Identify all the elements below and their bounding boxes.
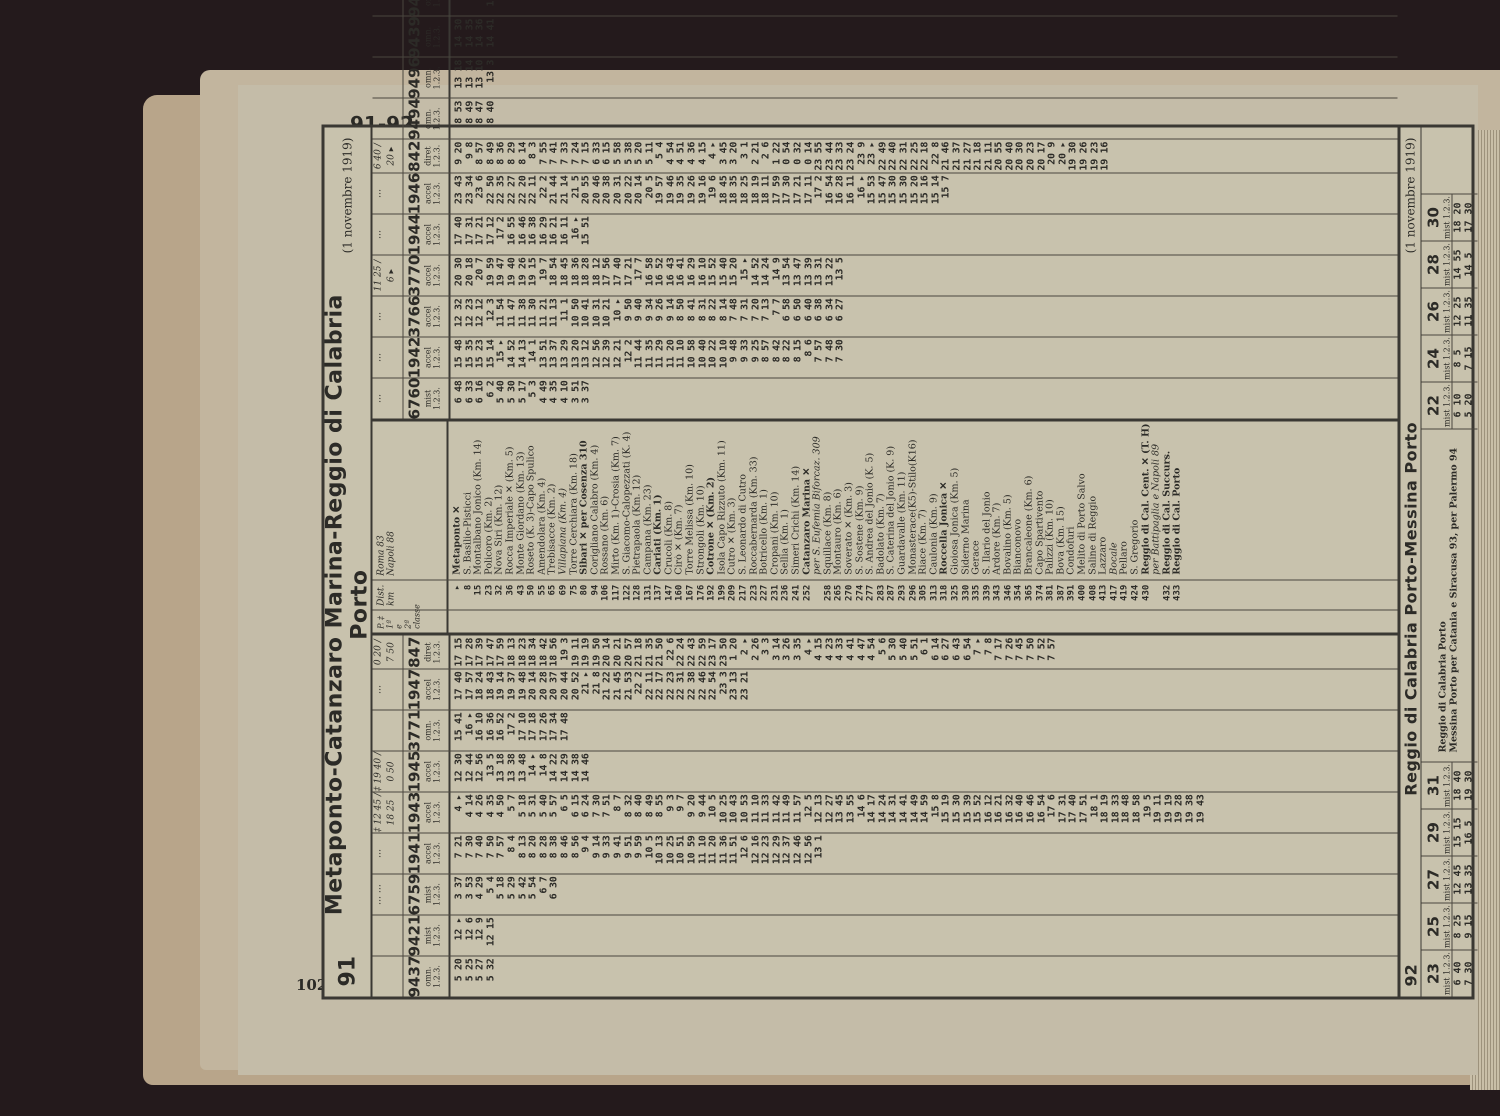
time-cell: 18 ▸	[455, 0, 466, 14]
station-name: Metaponto ✕	[453, 424, 464, 578]
distance-cell: 277	[866, 583, 877, 608]
time-cell: 6 27	[836, 299, 847, 335]
station-name: S. Andrea del Jonio (K. 5)	[866, 424, 877, 578]
time-cell: 14 46	[582, 754, 593, 790]
distance-cell: 430	[1141, 583, 1152, 608]
time-cell: 12 32	[455, 299, 466, 335]
train-times: 14 3014 3514 3614 41	[451, 17, 1398, 57]
timetable-grid: 9437omn.1.2.3.5 205 255 275 329421mist1.…	[373, 128, 1398, 997]
train-type: mist	[424, 390, 433, 407]
train-column: …1941accel1.2.3.7 217 307 407 507 578 48…	[373, 833, 1398, 874]
time-cell: 13 18	[455, 60, 466, 96]
train-header: 9441omn.1.2.3.	[373, 0, 451, 16]
distance-cell	[813, 583, 824, 608]
train-number: 847	[406, 637, 424, 668]
class-note: P. ‡ 1ª e 2ª classe	[373, 611, 449, 633]
train-classes: 1.2.3.	[433, 965, 442, 988]
train-header: …1947accel1.2.3.	[373, 670, 451, 710]
train-times: 15 4815 3515 2315 1415 ▸14 5214 1314 113…	[451, 338, 1398, 378]
train-note	[373, 711, 404, 751]
time-cell: 6 48	[455, 381, 466, 417]
departure-time: 6 40	[1452, 951, 1464, 997]
train-number: 30	[1425, 207, 1443, 228]
train-type: omn.	[424, 720, 433, 740]
time-cell: 17 2	[507, 713, 518, 749]
distance-column: Dist. km▸8152332364350556569758094106117…	[373, 580, 1398, 610]
time-cell: 20 44	[560, 672, 571, 708]
time-cell: 11 47	[507, 299, 518, 335]
train-column: 27mist 1.2.3.12 4513 35	[1422, 856, 1478, 903]
station-name: Cotrone ✕ (Km. 2)	[707, 424, 718, 578]
station-name: Siderno Marina	[961, 424, 972, 578]
distance-cell: 305	[919, 583, 930, 608]
distance-cell: 424	[1131, 583, 1142, 608]
distance-cell: 23	[484, 583, 495, 608]
train-classes: 1.2.3.	[433, 145, 442, 168]
train-type: diret	[424, 642, 433, 661]
time-cell: 7 21	[455, 836, 466, 872]
distance-cell: 287	[887, 583, 898, 608]
train-column: …6760mist1.2.3.6 486 336 166 25 405 305 …	[373, 378, 1398, 419]
train-column: 9441omn.1.2.3.18 ▸18 518 818 13	[373, 0, 1398, 16]
distance-values: ▸815233236435055656975809410611712212813…	[449, 581, 1398, 610]
train-header: …1944accel1.2.3.	[373, 215, 451, 255]
train-number: 9421	[406, 915, 424, 957]
train-note: …	[373, 215, 404, 255]
arrival-time: 5 20	[1464, 383, 1475, 429]
time-cell: 13 38	[507, 754, 518, 790]
train-number: 1942	[406, 337, 424, 379]
train-number: 9439	[406, 16, 424, 58]
train-note	[373, 99, 404, 139]
time-cell: 15 30	[899, 176, 910, 212]
train-column: 24mist 1.2.3.8 57 15	[1422, 335, 1478, 382]
time-cell: 4 ▸	[455, 795, 466, 831]
train-header: 0 20 / 7 50847diret1.2.3.	[373, 636, 451, 669]
train-type: mist 1.2.3.	[1443, 196, 1452, 239]
train-note	[373, 17, 404, 57]
station-name: Ardore (Km. 7)	[993, 424, 1004, 578]
train-header: 9494omn.1.2.3.	[373, 99, 451, 139]
station-name: Campana (Km. 23)	[643, 424, 654, 578]
train-times: 3 373 534 295 45 185 295 425 546 76 30	[451, 875, 1398, 915]
distance-cell: 122	[622, 583, 633, 608]
distance-cell: 293	[897, 583, 908, 608]
train-column: … …6759mist1.2.3.3 373 534 295 45 185 29…	[373, 874, 1398, 915]
train-type: mist 1.2.3.	[1443, 243, 1452, 286]
station-name: Montalbano Jonico (Km. 14)	[474, 424, 485, 578]
train-times: 12 3012 4412 5613 513 1813 3813 4814 ▸14…	[451, 752, 1398, 792]
station-name: Roccella Jonica ✕	[940, 424, 951, 578]
distance-cell: 413	[1099, 583, 1110, 608]
distance-cell: 270	[844, 583, 855, 608]
distance-cell: 227	[760, 583, 771, 608]
time-cell: 17 40	[455, 217, 466, 253]
time-cell: 12 30	[455, 754, 466, 790]
time-cell: 20 31	[613, 176, 624, 212]
station-name: Simeri Crichi (Km. 14)	[792, 424, 803, 578]
station-name: Melito di Porto Salvo	[1078, 424, 1089, 578]
distance-cell: 400	[1078, 583, 1089, 608]
time-cell: 15 30	[952, 795, 963, 831]
train-type: accel	[424, 347, 433, 368]
time-cell: 18 5	[465, 0, 476, 14]
direction-column: P. ‡ 1ª e 2ª classe	[373, 610, 1398, 633]
station-name: Monasterace(K5)-Stilo(K16)	[908, 424, 919, 578]
distance-cell: 236	[781, 583, 792, 608]
train-classes: 1.2.3.	[433, 719, 442, 742]
time-cell: 21 37	[952, 142, 963, 171]
train-classes: 1.2.3.	[433, 387, 442, 410]
train-note: ‡ 19 40 / 0 50	[373, 752, 404, 792]
train-note	[373, 0, 404, 16]
train-number: 9494	[406, 98, 424, 140]
train-note: 11 25 / 6 ▸	[373, 256, 404, 296]
train-times: 12 ▸12 612 912 15	[451, 916, 1398, 956]
table-92-row: 23mist 1.2.3.6 407 3025mist 1.2.3.8 259 …	[1422, 128, 1478, 997]
train-header: …6760mist1.2.3.	[373, 379, 451, 419]
distance-cell: 330	[961, 583, 972, 608]
station-name: Caulonia (Km. 9)	[929, 424, 940, 578]
time-cell: 8 46	[560, 836, 571, 872]
time-cell: 8 4	[507, 836, 518, 872]
distance-cell	[1152, 583, 1163, 608]
time-cell: 16 11	[560, 217, 571, 253]
distance-cell: 325	[950, 583, 961, 608]
distance-cell: 252	[802, 583, 813, 608]
train-number: 3771	[406, 710, 424, 752]
time-cell: 19 37	[507, 672, 518, 708]
distance-cell: 128	[633, 583, 644, 608]
train-type: omn.	[424, 68, 433, 88]
station-name: Trebisacce (Km. 2)	[548, 424, 559, 578]
station-name: Squillace (Km. 8)	[823, 424, 834, 578]
arrival-time: 11 35	[1464, 289, 1475, 335]
arrival-time: 7 15	[1464, 336, 1475, 382]
distance-cell: 199	[717, 583, 728, 608]
station-name: Roccabernarda (Km. 33)	[749, 424, 760, 578]
departure-time: 18 20	[1452, 195, 1464, 241]
train-column: 9494omn.1.2.3.8 538 498 478 40	[373, 98, 1398, 139]
time-cell: 18 45	[560, 258, 571, 294]
station-name: per S. Eufemia Biforcaz. 309	[813, 424, 824, 578]
time-cell: 22 31	[899, 142, 910, 171]
station-name: Reggio di Cal. Cent. ✕ (T. H)	[1141, 424, 1152, 578]
distance-cell: 209	[728, 583, 739, 608]
train-times: 18 ▸18 518 818 13	[451, 0, 1398, 16]
train-classes: 1.2.3.	[433, 66, 442, 89]
train-column: ‡ 12 45 / 18 251943accel1.2.3.4 ▸4 144 2…	[373, 792, 1398, 833]
station-name: Isola Capo Rizzuto (Km. 11)	[717, 424, 728, 578]
table-92-stations: Reggio di Calabria PortoMessina Porto pe…	[1422, 429, 1478, 762]
train-column: 11 25 / 6 ▸3770accel1.2.3.20 3020 1820 7…	[373, 255, 1398, 296]
train-column: …1946accel1.2.3.23 4323 3423 622 5022 35…	[373, 173, 1398, 214]
train-number: 26	[1425, 301, 1443, 322]
train-type: accel	[424, 843, 433, 864]
train-header: 9439omn.1.2.3.	[373, 17, 451, 57]
train-header: 9496omn.1.2.3.	[373, 58, 451, 98]
distance-cell: 339	[982, 583, 993, 608]
station-name: Cirò ✕ (Km. 7)	[675, 424, 686, 578]
train-times: 17 4017 3117 2117 1217 216 5516 4616 381…	[451, 215, 1398, 255]
station-name: Monte Giordano (Km. 13)	[516, 424, 527, 578]
station-name: Pietrapaola (Km. 12)	[633, 424, 644, 578]
train-column: 22mist 1.2.3.6 105 20	[1422, 382, 1478, 429]
time-cell: 0 32	[794, 142, 805, 171]
train-type: mist	[424, 927, 433, 944]
time-cell: 14 41	[899, 795, 910, 831]
train-type: mist 1.2.3.	[1443, 858, 1452, 901]
train-column: 23mist 1.2.3.6 407 30	[1422, 950, 1478, 997]
arrival-time: 7 30	[1464, 951, 1475, 997]
station-name: Reggio di Cal. Porto	[1173, 424, 1184, 578]
station-name: Bovalino (Km. 5)	[1003, 424, 1014, 578]
time-cell: 7 57	[1048, 638, 1059, 667]
train-number: 9437	[406, 956, 424, 998]
time-cell: 19 40	[507, 258, 518, 294]
distance-cell: 419	[1120, 583, 1131, 608]
train-note: …	[373, 834, 404, 874]
train-header: ‡ 12 45 / 18 251943accel1.2.3.	[373, 793, 451, 833]
arrival-time: 9 15	[1464, 904, 1475, 950]
distance-cell: 106	[601, 583, 612, 608]
train-times: 9 209 88 578 498 368 298 148 37 557 417 …	[451, 140, 1398, 173]
train-header: 11 25 / 6 ▸3770accel1.2.3.	[373, 256, 451, 296]
time-cell: 10 ▸	[613, 299, 624, 335]
train-note: 6 40 / 20 ▸	[373, 140, 404, 173]
train-header: …3766accel1.2.3.	[373, 297, 451, 337]
train-column: 9437omn.1.2.3.5 205 255 275 32	[373, 956, 1398, 997]
time-cell: 19 43	[1196, 795, 1207, 831]
time-cell: 9 41	[613, 836, 624, 872]
station-name: Montauro (Km. 6)	[834, 424, 845, 578]
station-name: S. Giacomo-Calopezzati (K. 4)	[622, 424, 633, 578]
train-number: 24	[1425, 348, 1443, 369]
distance-cell: 335	[972, 583, 983, 608]
departure-time: 6 10	[1452, 383, 1464, 429]
train-times: 23 4323 3423 622 5022 3522 2722 2022 112…	[451, 174, 1398, 214]
train-number: 1947	[406, 669, 424, 711]
distance-cell: 80	[580, 583, 591, 608]
train-note: …	[373, 338, 404, 378]
time-cell: 3 35	[794, 638, 805, 667]
station-name: Cutro ✕ (Km. 3)	[728, 424, 739, 578]
train-classes: 1.2.3.	[433, 924, 442, 947]
train-number: 6760	[406, 378, 424, 420]
time-cell: 9 20	[455, 142, 466, 171]
train-number: 28	[1425, 254, 1443, 275]
train-type: omn.	[424, 27, 433, 47]
time-cell: 5 30	[507, 381, 518, 417]
train-note	[373, 916, 404, 956]
train-number: 9496	[406, 57, 424, 99]
distance-cell: 274	[855, 583, 866, 608]
table-title: Metaponto-Catanzaro Marina-Reggio di Cal…	[323, 269, 373, 939]
time-cell: 17 40	[613, 258, 624, 294]
distance-cell: 391	[1067, 583, 1078, 608]
distance-cell: 43	[516, 583, 527, 608]
train-times: 17 1517 2817 3917 4717 5918 1318 2318 34…	[451, 636, 1398, 669]
train-type: accel	[424, 679, 433, 700]
time-cell: 5 7	[507, 795, 518, 831]
distance-cell: 346	[1003, 583, 1014, 608]
station-name: Policoro (Km. 2)	[484, 424, 495, 578]
train-column: …1947accel1.2.3.17 4017 5718 2418 4319 1…	[373, 669, 1398, 710]
distance-cell: 167	[686, 583, 697, 608]
distance-cell: 147	[664, 583, 675, 608]
station-name: Gerace	[972, 424, 983, 578]
distance-cell: 408	[1088, 583, 1099, 608]
train-number: 842	[406, 141, 424, 172]
station-name: Reggio di Calabria Porto	[1439, 621, 1450, 755]
train-header: …1946accel1.2.3.	[373, 174, 451, 214]
station-name: Reggio di Cal. Succurs.	[1162, 424, 1173, 578]
distance-cell: 69	[558, 583, 569, 608]
time-cell: 5 29	[507, 877, 518, 913]
station-name: Corigliano Calabro (Km. 4)	[590, 424, 601, 578]
train-number: 9441	[406, 0, 424, 17]
train-type: accel	[424, 761, 433, 782]
train-number: 3766	[406, 296, 424, 338]
time-cell: 19 16	[1101, 142, 1112, 171]
train-type: mist 1.2.3.	[1443, 811, 1452, 854]
time-cell: 5 58	[613, 142, 624, 171]
table-number: 92	[1401, 964, 1420, 986]
station-name: Nova Siri (Km. 12)	[495, 424, 506, 578]
train-column: 28mist 1.2.3.14 5514 5	[1422, 241, 1478, 288]
train-times: 17 4017 5718 2418 4319 1419 3719 4820 14…	[451, 670, 1398, 710]
connections-note: Roma 83Napoli 88	[373, 422, 449, 580]
time-cell: 17 15	[455, 638, 466, 667]
time-cell: 5 20	[455, 959, 466, 995]
time-cell: 15 7	[942, 176, 953, 212]
train-header: 6 40 / 20 ▸842diret1.2.3.	[373, 140, 451, 173]
time-cell: 22 27	[507, 176, 518, 212]
time-cell: 20 21	[613, 638, 624, 667]
train-classes: 1.2.3.	[433, 346, 442, 369]
train-type: omn.	[424, 109, 433, 129]
time-cell: 13 55	[846, 795, 857, 831]
train-note	[373, 58, 404, 98]
train-header: … …6759mist1.2.3.	[373, 875, 451, 915]
arrival-time: 16 5	[1464, 810, 1475, 856]
time-cell: 20 30	[455, 258, 466, 294]
time-cell: 6 43	[952, 638, 963, 667]
time-cell: 18 13	[486, 0, 497, 14]
train-column: ‡ 19 40 / 0 501945accel1.2.3.12 3012 441…	[373, 751, 1398, 792]
distance-cell: 223	[749, 583, 760, 608]
train-column: …1944accel1.2.3.17 4017 3117 2117 1217 2…	[373, 214, 1398, 255]
station-name: Amendolara (Km. 4)	[537, 424, 548, 578]
train-note: …	[373, 297, 404, 337]
distance-cell: 15	[474, 583, 485, 608]
train-number: 23	[1425, 963, 1443, 984]
table-92-title-bar: 92 Reggio di Calabria Porto-Messina Port…	[1401, 128, 1422, 997]
train-times: 5 205 255 275 32	[451, 957, 1398, 997]
train-number: 1941	[406, 833, 424, 875]
distance-cell: 381	[1046, 583, 1057, 608]
train-classes: 1.2.3.	[433, 25, 442, 48]
station-name: S. Leonardo di Cutro	[739, 424, 750, 578]
station-name: S. Ilario del Jonio	[982, 424, 993, 578]
train-column: 29mist 1.2.3.15 1516 5	[1422, 809, 1478, 856]
time-cell: 6 5	[560, 795, 571, 831]
time-cell: 15 51	[582, 217, 593, 253]
time-cell: 17 21	[794, 176, 805, 212]
distance-cell: ▸	[453, 583, 464, 608]
train-classes: 1.2.3.	[433, 223, 442, 246]
time-cell: 12 46	[794, 836, 805, 872]
table-91-title-bar: 91 Metaponto-Catanzaro Marina-Reggio di …	[325, 128, 373, 997]
station-name: Rocca Imperiale ✕ (Km. 5)	[505, 424, 516, 578]
time-cell: 13 1	[815, 836, 826, 872]
distance-cell: 32	[495, 583, 506, 608]
time-cell: 6 30	[550, 877, 561, 913]
time-cell: 15 48	[455, 340, 466, 376]
time-cell: 21 45	[613, 672, 624, 708]
station-name: Villapiana (Km. 4)	[558, 424, 569, 578]
train-number: 1944	[406, 214, 424, 256]
train-header: 9421mist1.2.3.	[373, 916, 451, 956]
time-cell: 19 3	[560, 638, 571, 667]
train-column: 26mist 1.2.3.12 2511 35	[1422, 288, 1478, 335]
time-cell: 8 40	[486, 101, 497, 137]
time-cell: 18 58	[1133, 795, 1144, 831]
distance-cell: 417	[1109, 583, 1120, 608]
distance-cell: 343	[993, 583, 1004, 608]
train-number: 1943	[406, 792, 424, 834]
distance-cell: 258	[823, 583, 834, 608]
train-number: 6759	[406, 874, 424, 916]
distance-cell: 318	[940, 583, 951, 608]
time-cell: 8 29	[507, 142, 518, 171]
time-cell: 21 14	[560, 176, 571, 212]
train-header: …1942accel1.2.3.	[373, 338, 451, 378]
station-name: Rossano (Km. 6)	[601, 424, 612, 578]
station-name: Bocale	[1109, 424, 1120, 578]
station-name: Gioiosa Jonica (Km. 5)	[950, 424, 961, 578]
time-cell: 12 15	[486, 918, 497, 954]
train-column: 9421mist1.2.3.12 ▸12 612 912 15	[373, 915, 1398, 956]
train-classes: 1.2.3.	[433, 678, 442, 701]
train-type: mist 1.2.3.	[1443, 905, 1452, 948]
train-times: 12 3212 2312 1212 311 5411 4711 3811 301…	[451, 297, 1398, 337]
station-name: Guardavalle (Km. 11)	[897, 424, 908, 578]
time-cell: 4 41	[846, 638, 857, 667]
time-cell: 8 15	[794, 340, 805, 376]
train-number: 27	[1425, 869, 1443, 890]
time-cell: 13 5	[836, 258, 847, 294]
train-column: 31mist 1.2.3.18 4019 30	[1422, 762, 1478, 809]
departure-time: 12 45	[1452, 857, 1464, 903]
train-classes: 1.2.3.	[433, 641, 442, 664]
departure-time: 18 40	[1452, 763, 1464, 809]
distance-cell: 265	[834, 583, 845, 608]
train-type: accel	[424, 802, 433, 823]
station-name: Sellia (Km. 1)	[781, 424, 792, 578]
train-number: 1946	[406, 173, 424, 215]
train-number: 3770	[406, 255, 424, 297]
distance-cell: 433	[1173, 583, 1184, 608]
time-cell: 11 1	[560, 299, 571, 335]
distance-cell: 65	[548, 583, 559, 608]
station-list: Metaponto ✕S. Basilio-PisticciMontalbano…	[449, 422, 1398, 580]
train-type: mist 1.2.3.	[1443, 337, 1452, 380]
station-name: Capo Spartivento	[1035, 424, 1046, 578]
time-cell: 11 57	[794, 795, 805, 831]
train-type: mist 1.2.3.	[1443, 384, 1452, 427]
train-column: 9496omn.1.2.3.13 1813 1413 1013 3	[373, 57, 1398, 98]
